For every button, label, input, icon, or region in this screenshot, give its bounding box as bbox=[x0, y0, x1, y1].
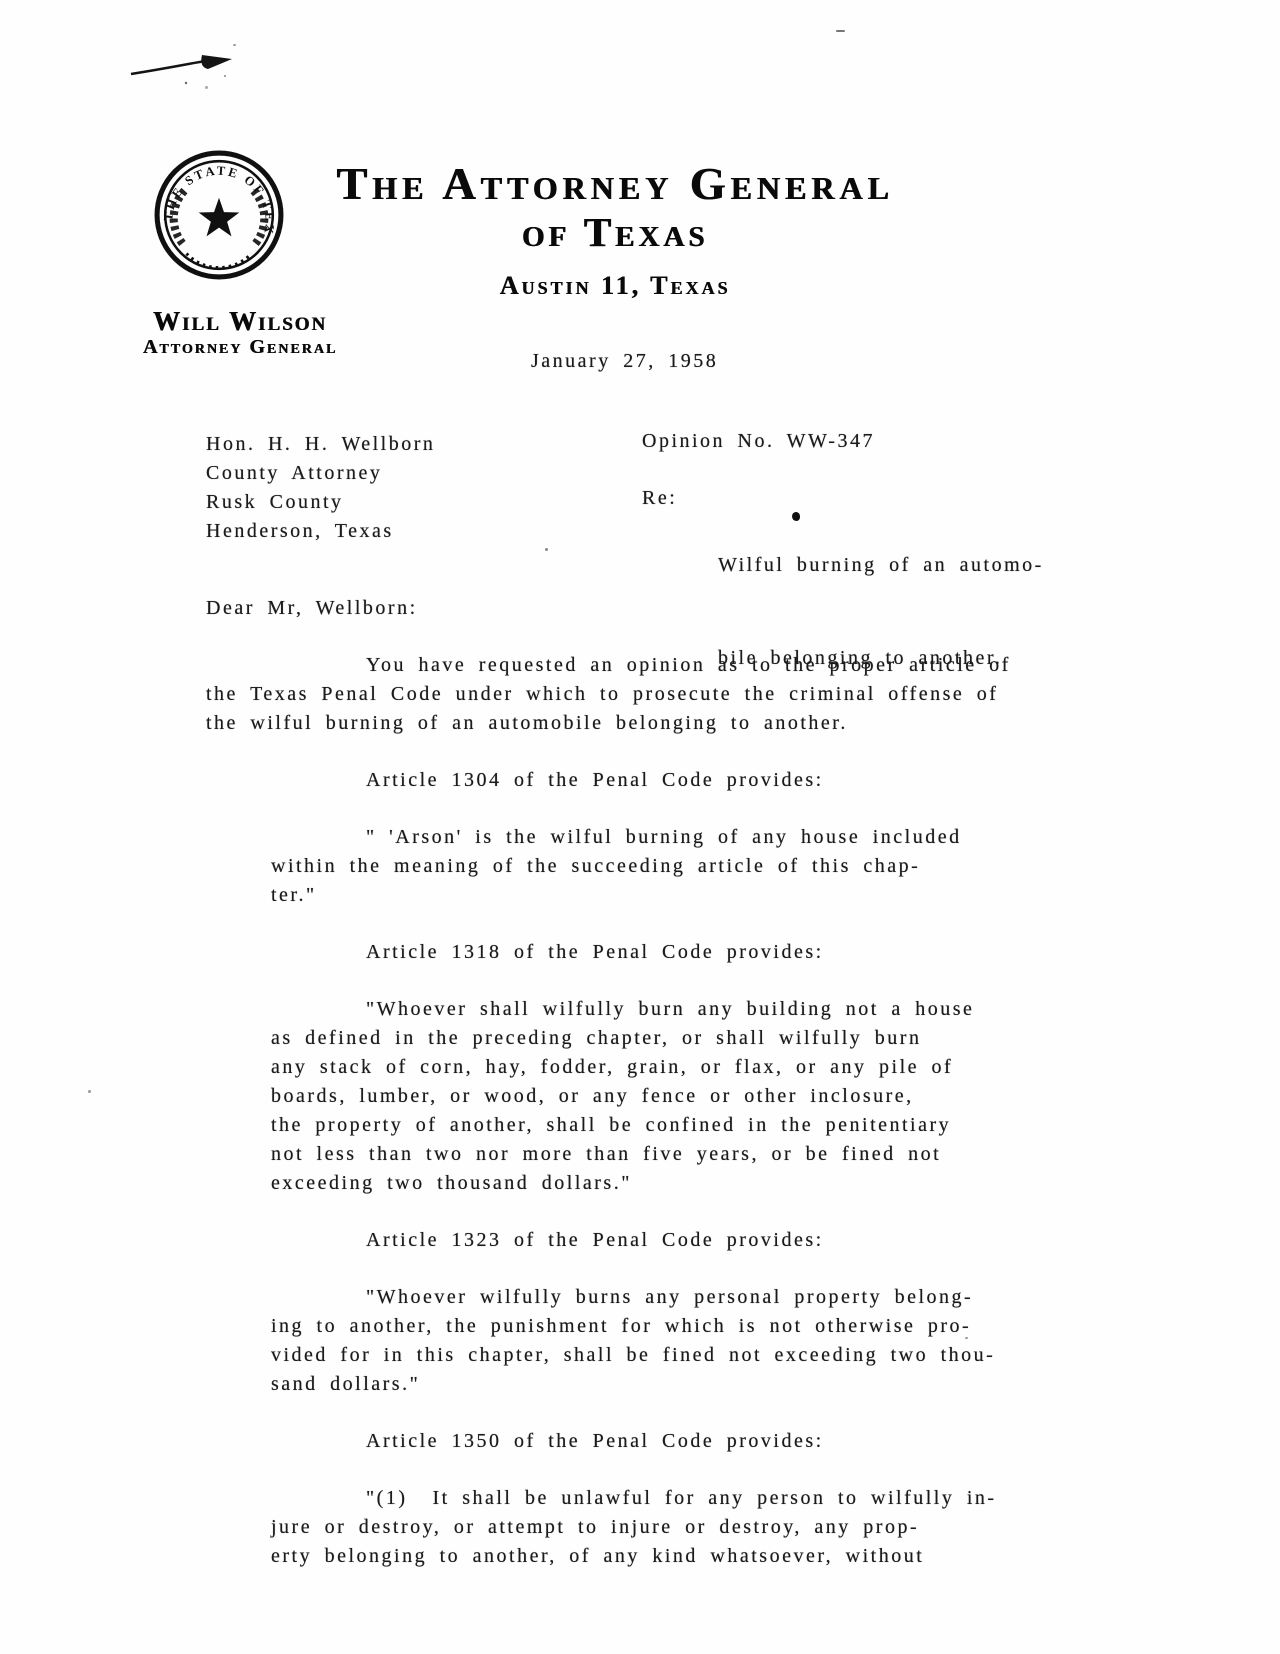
article-1304-quote: " 'Arson' is the wilful burning of any h… bbox=[271, 823, 1166, 910]
scan-speck bbox=[205, 86, 208, 89]
article-1323-quote: "Whoever wilfully burns any personal pro… bbox=[271, 1283, 1166, 1399]
recipient-city: Henderson, Texas bbox=[206, 517, 435, 546]
scan-speck bbox=[545, 548, 548, 551]
quote-line: any stack of corn, hay, fodder, grain, o… bbox=[271, 1053, 1166, 1082]
quote-line: "(1) It shall be unlawful for any person… bbox=[271, 1484, 1166, 1513]
article-1318-heading: Article 1318 of the Penal Code provides: bbox=[366, 938, 1166, 967]
opinion-number: Opinion No. WW-347 bbox=[642, 430, 875, 453]
quote-line: vided for in this chapter, shall be fine… bbox=[271, 1341, 1166, 1370]
quote-line: as defined in the preceding chapter, or … bbox=[271, 1024, 1166, 1053]
quote-line: "Whoever wilfully burns any personal pro… bbox=[271, 1283, 1166, 1312]
recipient-county: Rusk County bbox=[206, 488, 435, 517]
body-line: You have requested an opinion as to the … bbox=[206, 651, 1166, 680]
quote-line: sand dollars." bbox=[271, 1370, 1166, 1399]
quote-line: the property of another, shall be confin… bbox=[271, 1111, 1166, 1140]
quote-line: ter." bbox=[271, 881, 1166, 910]
letter-page: THE STATE OF TEXAS The Attorney General … bbox=[0, 0, 1280, 1654]
body-line: the wilful burning of an automobile belo… bbox=[206, 709, 1166, 738]
scan-speck bbox=[88, 1090, 91, 1093]
recipient-name: Hon. H. H. Wellborn bbox=[206, 430, 435, 459]
letterhead: The Attorney General of Texas Austin 11,… bbox=[280, 160, 950, 301]
recipient-title: County Attorney bbox=[206, 459, 435, 488]
quote-line: "Whoever shall wilfully burn any buildin… bbox=[271, 995, 1166, 1024]
article-1323-heading: Article 1323 of the Penal Code provides: bbox=[366, 1226, 1166, 1255]
letterhead-city: Austin 11, Texas bbox=[280, 271, 950, 301]
re-label: Re: bbox=[642, 487, 677, 510]
article-1350-quote: "(1) It shall be unlawful for any person… bbox=[271, 1484, 1166, 1571]
official-name: Will Wilson bbox=[90, 308, 390, 335]
letter-body: You have requested an opinion as to the … bbox=[206, 651, 1166, 1599]
body-line: the Texas Penal Code under which to pros… bbox=[206, 680, 1166, 709]
letter-date: January 27, 1958 bbox=[531, 350, 718, 373]
paragraph: You have requested an opinion as to the … bbox=[206, 651, 1166, 738]
quote-line: exceeding two thousand dollars." bbox=[271, 1169, 1166, 1198]
quote-line: " 'Arson' is the wilful burning of any h… bbox=[271, 823, 1166, 852]
scan-speck bbox=[233, 44, 236, 46]
salutation: Dear Mr, Wellborn: bbox=[206, 597, 418, 620]
quote-line: erty belonging to another, of any kind w… bbox=[271, 1542, 1166, 1571]
quote-line: within the meaning of the succeeding art… bbox=[271, 852, 1166, 881]
quote-line: boards, lumber, or wood, or any fence or… bbox=[271, 1082, 1166, 1111]
letterhead-title-line2: of Texas bbox=[280, 210, 950, 255]
texas-state-seal-icon: THE STATE OF TEXAS bbox=[152, 146, 286, 284]
quote-line: ing to another, the punishment for which… bbox=[271, 1312, 1166, 1341]
seal-star-icon bbox=[199, 198, 240, 237]
re-subject-line: Wilful burning of an automo- bbox=[718, 551, 1044, 580]
scan-speck bbox=[836, 30, 845, 32]
recipient-address: Hon. H. H. Wellborn County Attorney Rusk… bbox=[206, 430, 435, 546]
pen-stroke-artifact bbox=[128, 48, 248, 90]
quote-line: jure or destroy, or attempt to injure or… bbox=[271, 1513, 1166, 1542]
quote-line: not less than two nor more than five yea… bbox=[271, 1140, 1166, 1169]
official-title: Attorney General bbox=[90, 335, 390, 359]
article-1304-heading: Article 1304 of the Penal Code provides: bbox=[366, 766, 1166, 795]
article-1350-heading: Article 1350 of the Penal Code provides: bbox=[366, 1427, 1166, 1456]
official-block: Will Wilson Attorney General bbox=[90, 308, 390, 359]
letterhead-title-line1: The Attorney General bbox=[280, 160, 950, 208]
article-1318-quote: "Whoever shall wilfully burn any buildin… bbox=[271, 995, 1166, 1198]
